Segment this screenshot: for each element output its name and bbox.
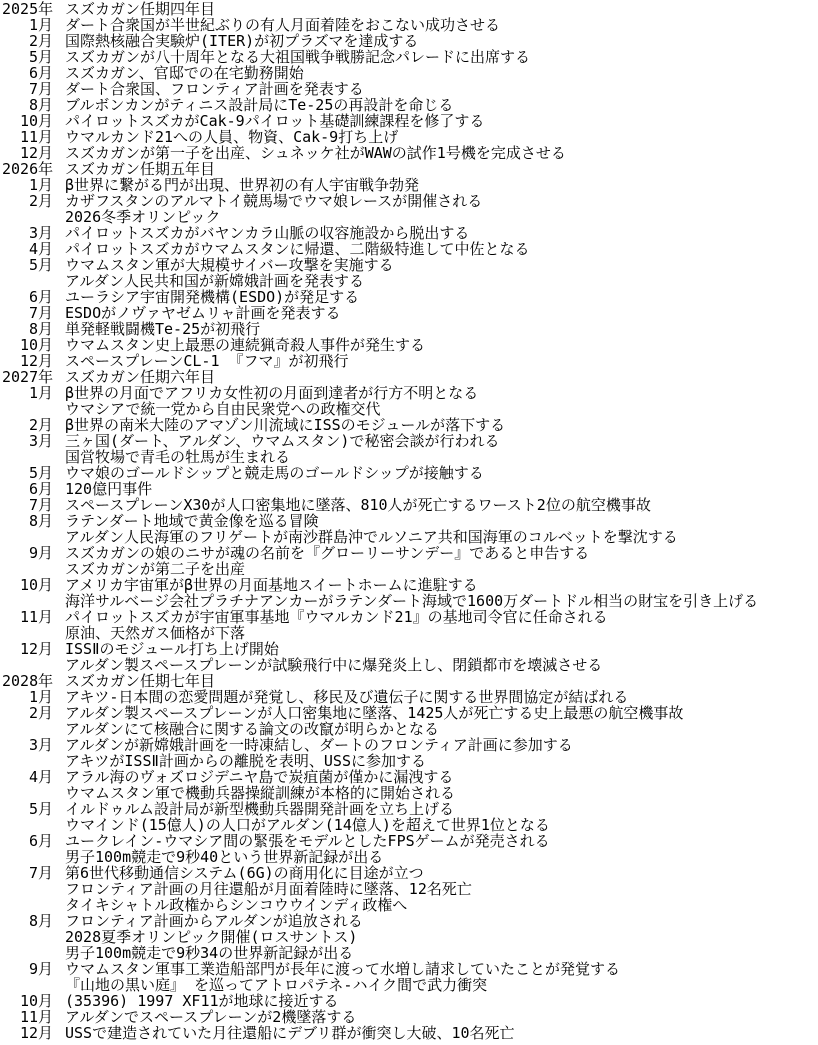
empty-label: [0, 849, 53, 865]
timeline-event-row: 12月ISSⅡのモジュール打ち上げ開始: [0, 641, 818, 657]
event-text: アルダンでスペースプレーンが2機墜落する: [65, 1009, 356, 1025]
empty-label: [0, 881, 53, 897]
timeline-event-row: 12月スズカガンが第一子を出産、シュネッケ社がWAWの試作1号機を完成させる: [0, 145, 818, 161]
event-text: 『山地の黒い庭』 を巡ってアトロパテネ-ハイク間で武力衝突: [65, 977, 487, 993]
month-label: 6月: [0, 833, 53, 849]
month-label: 10月: [0, 993, 53, 1009]
year-title-text: スズカガン任期六年目: [65, 369, 215, 385]
event-text: (35396) 1997 XF11が地球に接近する: [65, 993, 339, 1009]
empty-label: [0, 593, 53, 609]
timeline-event-row: 1月β世界に繋がる門が出現、世界初の有人宇宙戦争勃発: [0, 177, 818, 193]
timeline-event-row: 11月アルダンでスペースプレーンが2機墜落する: [0, 1009, 818, 1025]
event-text: ウマムスタン軍が大規模サイバー攻撃を実施する: [65, 257, 394, 273]
event-text: USSで建造されていた月往還船にデブリ群が衝突し大破、10名死亡: [65, 1025, 515, 1041]
event-text: アルダン人民共和国が新嫦娥計画を発表する: [65, 273, 364, 289]
empty-label: [0, 401, 53, 417]
event-text: ダート合衆国が半世紀ぶりの有人月面着陸をおこない成功させる: [65, 17, 500, 33]
timeline-event-row: 6月ユーラシア宇宙開発機構(ESDO)が発足する: [0, 289, 818, 305]
event-text: ユークレイン-ウマシア間の緊張をモデルとしたFPSゲームが発売される: [65, 833, 550, 849]
empty-label: [0, 897, 53, 913]
timeline-event-row: 2月アルダン製スペースプレーンが人口密集地に墜落、1425人が死亡する史上最悪の…: [0, 705, 818, 721]
event-text: ISSⅡのモジュール打ち上げ開始: [65, 641, 279, 657]
month-label: 9月: [0, 545, 53, 561]
event-text: ウマムスタン軍事工業造船部門が長年に渡って水増し請求していたことが発覚する: [65, 961, 620, 977]
event-text: 海洋サルベージ会社プラチナアンカーがラテンダート海域で1600万ダートドル相当の…: [65, 593, 758, 609]
event-text: 男子100m競走で9秒34の世界新記録が出る: [65, 945, 353, 961]
event-text: 2026冬季オリンピック: [65, 209, 221, 225]
year-title-text: スズカガン任期七年目: [65, 673, 215, 689]
timeline-event-row: 5月スズカガンが八十周年となる大祖国戦争戦勝記念パレードに出席する: [0, 49, 818, 65]
month-label: 5月: [0, 465, 53, 481]
empty-label: [0, 657, 53, 673]
event-text: β世界の南米大陸のアマゾン川流域にISSのモジュールが落下する: [65, 417, 505, 433]
timeline-event-row: 3月三ヶ国(ダート、アルダン、ウマムスタン)で秘密会談が行われる: [0, 433, 818, 449]
event-text: 第6世代移動通信システム(6G)の商用化に目途が立つ: [65, 865, 424, 881]
event-text: ウマシアで統一党から自由民衆党への政権交代: [65, 401, 380, 417]
empty-label: [0, 929, 53, 945]
month-label: 3月: [0, 433, 53, 449]
event-text: 単発軽戦闘機Te-25が初飛行: [65, 321, 260, 337]
timeline-event-row: 10月パイロットスズカがCak-9パイロット基礎訓練課程を修了する: [0, 113, 818, 129]
event-text: ウマルカンド21への人員、物資、Cak-9打ち上げ: [65, 129, 398, 145]
event-text: スズカガンが八十周年となる大祖国戦争戦勝記念パレードに出席する: [65, 49, 530, 65]
timeline-event-row: スズカガンが第二子を出産: [0, 561, 818, 577]
timeline-event-row: 7月ESDOがノヴァヤゼムリャ計画を発表する: [0, 305, 818, 321]
timeline-event-row: ウマシアで統一党から自由民衆党への政権交代: [0, 401, 818, 417]
year-title-text: スズカガン任期五年目: [65, 161, 215, 177]
timeline-year-row: 2025年スズカガン任期四年目: [0, 1, 818, 17]
month-label: 5月: [0, 801, 53, 817]
timeline-event-row: 8月ラテンダート地域で黄金像を巡る冒険: [0, 513, 818, 529]
timeline-event-row: 9月スズカガンの娘のニサが魂の名前を『グローリーサンデー』であると申告する: [0, 545, 818, 561]
month-label: 2月: [0, 33, 53, 49]
month-label: 8月: [0, 913, 53, 929]
empty-label: [0, 817, 53, 833]
event-text: アキツ-日本間の恋愛問題が発覚し、移民及び遺伝子に関する世界間協定が結ばれる: [65, 689, 628, 705]
timeline-event-row: 8月ブルボンカンがティニス設計局にTe-25の再設計を命じる: [0, 97, 818, 113]
event-text: パイロットスズカがCak-9パイロット基礎訓練課程を修了する: [65, 113, 484, 129]
event-text: パイロットスズカが宇宙軍事基地『ウマルカンド21』の基地司令官に任命される: [65, 609, 608, 625]
event-text: ウマ娘のゴールドシップと競走馬のゴールドシップが接触する: [65, 465, 484, 481]
event-text: イルドゥルム設計局が新型機動兵器開発計画を立ち上げる: [65, 801, 454, 817]
month-label: 2月: [0, 193, 53, 209]
empty-label: [0, 753, 53, 769]
timeline-event-row: 5月ウマ娘のゴールドシップと競走馬のゴールドシップが接触する: [0, 465, 818, 481]
month-label: 3月: [0, 225, 53, 241]
timeline-event-row: アルダン製スペースプレーンが試験飛行中に爆発炎上し、閉鎖都市を壊滅させる: [0, 657, 818, 673]
timeline-event-row: 7月スペースプレーンX30が人口密集地に墜落、810人が死亡するワースト2位の航…: [0, 497, 818, 513]
event-text: 三ヶ国(ダート、アルダン、ウマムスタン)で秘密会談が行われる: [65, 433, 499, 449]
timeline-event-row: 2026冬季オリンピック: [0, 209, 818, 225]
event-text: スズカガン、官邸での在宅勤務開始: [65, 65, 304, 81]
event-text: パイロットスズカがウマムスタンに帰還、二階級特進して中佐となる: [65, 241, 530, 257]
month-label: 8月: [0, 97, 53, 113]
timeline-year-row: 2027年スズカガン任期六年目: [0, 369, 818, 385]
event-text: ブルボンカンがティニス設計局にTe-25の再設計を命じる: [65, 97, 453, 113]
timeline-event-row: 2028夏季オリンピック開催(ロスサントス): [0, 929, 818, 945]
timeline-event-row: 4月パイロットスズカがウマムスタンに帰還、二階級特進して中佐となる: [0, 241, 818, 257]
event-text: アルダンにて核融合に関する論文の改竄が明らかとなる: [65, 721, 439, 737]
month-label: 10月: [0, 337, 53, 353]
event-text: スズカガンが第一子を出産、シュネッケ社がWAWの試作1号機を完成させる: [65, 145, 566, 161]
timeline-event-row: 6月スズカガン、官邸での在宅勤務開始: [0, 65, 818, 81]
month-label: 7月: [0, 865, 53, 881]
empty-label: [0, 561, 53, 577]
timeline-event-row: 1月アキツ-日本間の恋愛問題が発覚し、移民及び遺伝子に関する世界間協定が結ばれる: [0, 689, 818, 705]
event-text: 2028夏季オリンピック開催(ロスサントス): [65, 929, 357, 945]
timeline-event-row: 10月(35396) 1997 XF11が地球に接近する: [0, 993, 818, 1009]
event-text: 男子100m競走で9秒40という世界新記録が出る: [65, 849, 383, 865]
month-label: 2月: [0, 705, 53, 721]
timeline-event-row: 7月ダート合衆国、フロンティア計画を発表する: [0, 81, 818, 97]
timeline-event-row: ウマインド(15億人)の人口がアルダン(14億人)を超えて世界1位となる: [0, 817, 818, 833]
event-text: ユーラシア宇宙開発機構(ESDO)が発足する: [65, 289, 359, 305]
timeline-event-row: 12月スペースプレーンCL-1 『フマ』が初飛行: [0, 353, 818, 369]
event-text: アメリカ宇宙軍がβ世界の月面基地スイートホームに進駐する: [65, 577, 478, 593]
month-label: 7月: [0, 497, 53, 513]
timeline-event-row: 国営牧場で青毛の牡馬が生まれる: [0, 449, 818, 465]
event-text: 120億円事件: [65, 481, 152, 497]
timeline-event-row: 1月β世界の月面でアフリカ女性初の月面到達者が行方不明となる: [0, 385, 818, 401]
event-text: フロンティア計画からアルダンが追放される: [65, 913, 363, 929]
timeline-event-row: 10月ウマムスタン史上最悪の連続猟奇殺人事件が発生する: [0, 337, 818, 353]
month-label: 10月: [0, 113, 53, 129]
event-text: アルダンが新嫦娥計画を一時凍結し、ダートのフロンティア計画に参加する: [65, 737, 573, 753]
timeline-event-row: 『山地の黒い庭』 を巡ってアトロパテネ-ハイク間で武力衝突: [0, 977, 818, 993]
month-label: 11月: [0, 129, 53, 145]
month-label: 10月: [0, 577, 53, 593]
timeline-event-row: アキツがISSⅡ計画からの離脱を表明、USSに参加する: [0, 753, 818, 769]
event-text: フロンティア計画の月往還船が月面着陸時に墜落、12名死亡: [65, 881, 472, 897]
timeline-event-row: 3月アルダンが新嫦娥計画を一時凍結し、ダートのフロンティア計画に参加する: [0, 737, 818, 753]
month-label: 4月: [0, 241, 53, 257]
timeline-year-row: 2026年スズカガン任期五年目: [0, 161, 818, 177]
empty-label: [0, 721, 53, 737]
event-text: アキツがISSⅡ計画からの離脱を表明、USSに参加する: [65, 753, 426, 769]
timeline-event-row: 5月イルドゥルム設計局が新型機動兵器開発計画を立ち上げる: [0, 801, 818, 817]
timeline-year-row: 2028年スズカガン任期七年目: [0, 673, 818, 689]
year-title-text: スズカガン任期四年目: [65, 1, 215, 17]
event-text: カザフスタンのアルマトイ競馬場でウマ娘レースが開催される: [65, 193, 482, 209]
year-label: 2025年: [0, 1, 53, 17]
month-label: 9月: [0, 961, 53, 977]
event-text: スペースプレーンCL-1 『フマ』が初飛行: [65, 353, 349, 369]
empty-label: [0, 977, 53, 993]
month-label: 12月: [0, 641, 53, 657]
empty-label: [0, 945, 53, 961]
empty-label: [0, 529, 53, 545]
event-text: 国際熱核融合実験炉(ITER)が初プラズマを達成する: [65, 33, 418, 49]
timeline-event-row: 男子100m競走で9秒40という世界新記録が出る: [0, 849, 818, 865]
timeline-event-row: フロンティア計画の月往還船が月面着陸時に墜落、12名死亡: [0, 881, 818, 897]
month-label: 1月: [0, 177, 53, 193]
timeline-event-row: 9月ウマムスタン軍事工業造船部門が長年に渡って水増し請求していたことが発覚する: [0, 961, 818, 977]
event-text: ウマムスタン史上最悪の連続猟奇殺人事件が発生する: [65, 337, 425, 353]
month-label: 7月: [0, 305, 53, 321]
timeline-event-row: タイキシャトル政権からシンコウウインディ政権へ: [0, 897, 818, 913]
event-text: ESDOがノヴァヤゼムリャ計画を発表する: [65, 305, 341, 321]
month-label: 6月: [0, 289, 53, 305]
timeline-event-row: ウマムスタン軍で機動兵器操縦訓練が本格的に開始される: [0, 785, 818, 801]
event-text: パイロットスズカがバヤンカラ山脈の収容施設から脱出する: [65, 225, 469, 241]
event-text: アルダン製スペースプレーンが人口密集地に墜落、1425人が死亡する史上最悪の航空…: [65, 705, 683, 721]
empty-label: [0, 785, 53, 801]
timeline-event-row: 10月アメリカ宇宙軍がβ世界の月面基地スイートホームに進駐する: [0, 577, 818, 593]
timeline-event-row: 7月第6世代移動通信システム(6G)の商用化に目途が立つ: [0, 865, 818, 881]
year-label: 2027年: [0, 369, 53, 385]
month-label: 8月: [0, 321, 53, 337]
month-label: 3月: [0, 737, 53, 753]
event-text: ウマインド(15億人)の人口がアルダン(14億人)を超えて世界1位となる: [65, 817, 550, 833]
month-label: 1月: [0, 689, 53, 705]
event-text: ラテンダート地域で黄金像を巡る冒険: [65, 513, 319, 529]
event-text: タイキシャトル政権からシンコウウインディ政権へ: [65, 897, 407, 913]
month-label: 1月: [0, 385, 53, 401]
timeline-event-row: 4月アラル海のヴォズロジデニヤ島で炭疽菌が僅かに漏洩する: [0, 769, 818, 785]
timeline-event-row: 12月USSで建造されていた月往還船にデブリ群が衝突し大破、10名死亡: [0, 1025, 818, 1041]
event-text: 原油、天然ガス価格が下落: [65, 625, 245, 641]
timeline-event-row: 1月ダート合衆国が半世紀ぶりの有人月面着陸をおこない成功させる: [0, 17, 818, 33]
event-text: β世界の月面でアフリカ女性初の月面到達者が行方不明となる: [65, 385, 478, 401]
month-label: 11月: [0, 609, 53, 625]
timeline-event-row: 男子100m競走で9秒34の世界新記録が出る: [0, 945, 818, 961]
empty-label: [0, 449, 53, 465]
timeline-event-row: 11月パイロットスズカが宇宙軍事基地『ウマルカンド21』の基地司令官に任命される: [0, 609, 818, 625]
month-label: 6月: [0, 65, 53, 81]
timeline-event-row: 3月パイロットスズカがバヤンカラ山脈の収容施設から脱出する: [0, 225, 818, 241]
event-text: ウマムスタン軍で機動兵器操縦訓練が本格的に開始される: [65, 785, 455, 801]
event-text: スズカガンの娘のニサが魂の名前を『グローリーサンデー』であると申告する: [65, 545, 589, 561]
timeline-event-row: アルダンにて核融合に関する論文の改竄が明らかとなる: [0, 721, 818, 737]
month-label: 8月: [0, 513, 53, 529]
event-text: アラル海のヴォズロジデニヤ島で炭疽菌が僅かに漏洩する: [65, 769, 453, 785]
event-text: スズカガンが第二子を出産: [65, 561, 245, 577]
timeline-event-row: 原油、天然ガス価格が下落: [0, 625, 818, 641]
month-label: 5月: [0, 49, 53, 65]
empty-label: [0, 625, 53, 641]
timeline-event-row: 6月120億円事件: [0, 481, 818, 497]
month-label: 12月: [0, 1025, 53, 1041]
year-label: 2028年: [0, 673, 53, 689]
month-label: 11月: [0, 1009, 53, 1025]
empty-label: [0, 273, 53, 289]
timeline-event-row: 2月国際熱核融合実験炉(ITER)が初プラズマを達成する: [0, 33, 818, 49]
timeline-event-row: 海洋サルベージ会社プラチナアンカーがラテンダート海域で1600万ダートドル相当の…: [0, 593, 818, 609]
month-label: 2月: [0, 417, 53, 433]
event-text: アルダン製スペースプレーンが試験飛行中に爆発炎上し、閉鎖都市を壊滅させる: [65, 657, 602, 673]
timeline-event-row: 6月ユークレイン-ウマシア間の緊張をモデルとしたFPSゲームが発売される: [0, 833, 818, 849]
month-label: 1月: [0, 17, 53, 33]
event-text: 国営牧場で青毛の牡馬が生まれる: [65, 449, 290, 465]
event-text: アルダン人民海軍のフリゲートが南沙群島沖でルソニア共和国海軍のコルベットを撃沈す…: [65, 529, 678, 545]
month-label: 7月: [0, 81, 53, 97]
empty-label: [0, 209, 53, 225]
month-label: 5月: [0, 257, 53, 273]
year-label: 2026年: [0, 161, 53, 177]
timeline-event-row: 8月単発軽戦闘機Te-25が初飛行: [0, 321, 818, 337]
timeline-document: 2025年スズカガン任期四年目1月ダート合衆国が半世紀ぶりの有人月面着陸をおこな…: [0, 0, 818, 1045]
timeline-event-row: 2月β世界の南米大陸のアマゾン川流域にISSのモジュールが落下する: [0, 417, 818, 433]
timeline-event-row: アルダン人民海軍のフリゲートが南沙群島沖でルソニア共和国海軍のコルベットを撃沈す…: [0, 529, 818, 545]
timeline-event-row: 11月ウマルカンド21への人員、物資、Cak-9打ち上げ: [0, 129, 818, 145]
event-text: β世界に繋がる門が出現、世界初の有人宇宙戦争勃発: [65, 177, 419, 193]
timeline-event-row: 2月カザフスタンのアルマトイ競馬場でウマ娘レースが開催される: [0, 193, 818, 209]
timeline-event-row: アルダン人民共和国が新嫦娥計画を発表する: [0, 273, 818, 289]
timeline-event-row: 5月ウマムスタン軍が大規模サイバー攻撃を実施する: [0, 257, 818, 273]
timeline-event-row: 8月フロンティア計画からアルダンが追放される: [0, 913, 818, 929]
month-label: 4月: [0, 769, 53, 785]
event-text: ダート合衆国、フロンティア計画を発表する: [65, 81, 364, 97]
month-label: 6月: [0, 481, 53, 497]
event-text: スペースプレーンX30が人口密集地に墜落、810人が死亡するワースト2位の航空機…: [65, 497, 651, 513]
month-label: 12月: [0, 145, 53, 161]
month-label: 12月: [0, 353, 53, 369]
